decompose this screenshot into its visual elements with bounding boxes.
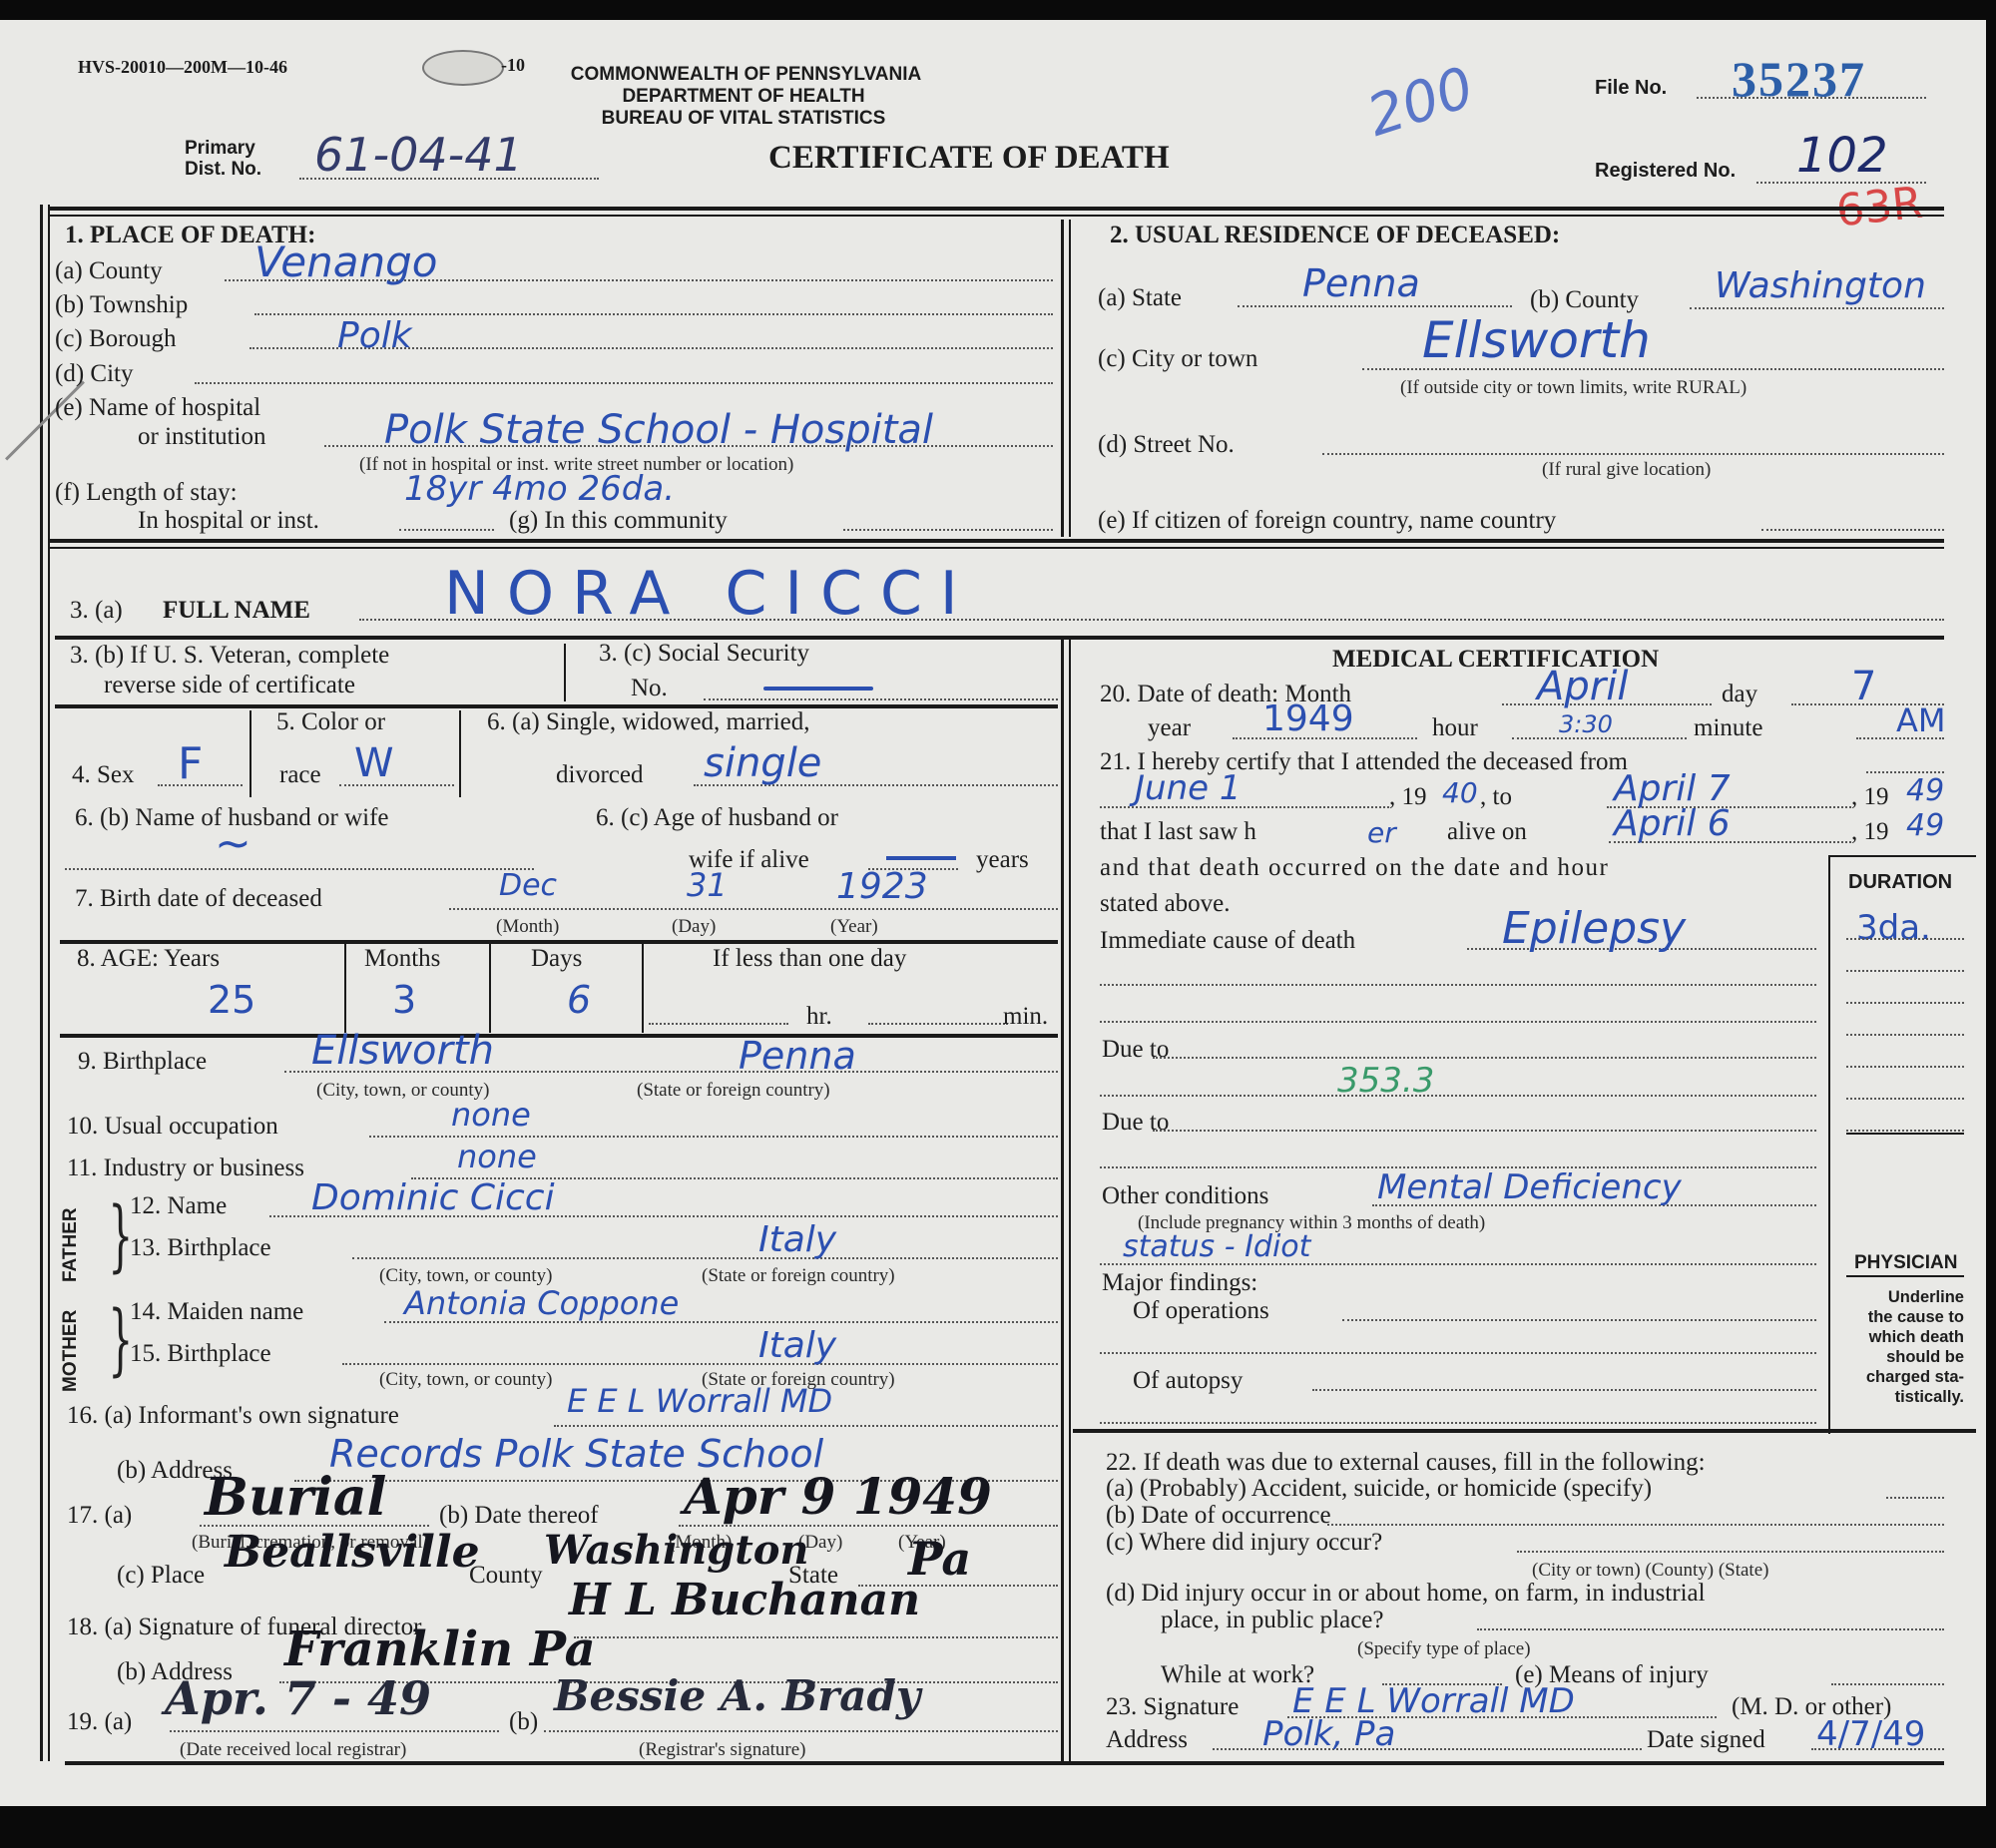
due-to-label-1: Due to [1102, 1036, 1169, 1064]
death-county-field[interactable]: Venango [254, 237, 437, 286]
spouse-age-unit: years [976, 846, 1029, 874]
birth-day-hint: (Day) [672, 916, 716, 938]
hospital-field[interactable]: Polk State School - Hospital [384, 407, 933, 453]
informant-signature-label: 16. (a) Informant's own signature [67, 1402, 399, 1430]
ss-dash-mark [763, 687, 873, 691]
to-year-prefix: , 19 [1851, 783, 1889, 811]
autopsy-label: Of autopsy [1133, 1367, 1243, 1395]
age-months-field[interactable]: 3 [392, 978, 416, 1022]
disposition-type-field[interactable]: Burial [205, 1467, 386, 1528]
file-no-label: File No. [1595, 77, 1667, 100]
dod-hour-field[interactable]: 3:30 [1559, 710, 1613, 738]
agency-line-3: BUREAU OF VITAL STATISTICS [0, 108, 1487, 130]
physician-signature-label: 23. Signature [1106, 1693, 1239, 1721]
dod-year-label: year [1148, 714, 1191, 742]
mother-name-label: 14. Maiden name [130, 1298, 303, 1326]
min-label: min. [1003, 1003, 1048, 1031]
res-state-field[interactable]: Penna [1302, 261, 1420, 305]
last-saw-year-prefix: , 19 [1851, 818, 1889, 846]
sex-label: 4. Sex [72, 761, 135, 789]
color-label: 5. Color or [276, 708, 385, 736]
frame-left-outer [40, 205, 43, 1761]
marital-field[interactable]: single [704, 740, 821, 786]
duration-heading: DURATION [1848, 871, 1952, 894]
res-city-label: (c) City or town [1098, 345, 1257, 373]
agency-line-1: COMMONWEALTH OF PENNSYLVANIA [0, 64, 1487, 86]
other-conditions-label: Other conditions [1102, 1182, 1268, 1210]
city-label: (d) City [55, 360, 133, 388]
burial-county-field[interactable]: Washington [544, 1527, 808, 1574]
last-saw-pronoun[interactable]: er [1367, 816, 1396, 849]
mother-birthplace-label: 15. Birthplace [130, 1340, 271, 1368]
burial-place-label: (c) Place [117, 1562, 205, 1590]
dod-minute-field[interactable]: AM [1896, 701, 1946, 739]
registrar-sig-label: (b) [509, 1708, 538, 1736]
mother-city-hint: (City, town, or county) [379, 1369, 552, 1391]
immediate-cause-label: Immediate cause of death [1100, 927, 1355, 955]
dist-no-label: Dist. No. [185, 159, 261, 180]
burial-county-label: County [469, 1562, 543, 1590]
external-d-hint: (Specify type of place) [1357, 1638, 1531, 1660]
immediate-cause-field[interactable]: Epilepsy [1502, 903, 1686, 954]
funeral-director-address[interactable]: Franklin Pa [284, 1621, 596, 1677]
dod-minute-label: minute [1694, 714, 1762, 742]
community-label: (g) In this community [509, 507, 728, 535]
frame-left-inner [48, 205, 50, 1761]
res-city-field[interactable]: Ellsworth [1422, 311, 1651, 369]
spouse-age-dash [886, 856, 956, 860]
operations-label: Of operations [1133, 1297, 1269, 1325]
stay-field[interactable]: 18yr 4mo 26da. [404, 469, 675, 509]
agency-block: COMMONWEALTH OF PENNSYLVANIA DEPARTMENT … [0, 64, 1487, 130]
registrar-date-label: 19. (a) [67, 1708, 132, 1736]
physician-note-line: the cause to [1846, 1307, 1964, 1327]
disposition-date-field[interactable]: Apr 9 1949 [684, 1467, 992, 1526]
father-birthplace-field[interactable]: Italy [758, 1219, 836, 1260]
borough-label: (c) Borough [55, 325, 177, 353]
spouse-age-label: 6. (c) Age of husband or [596, 804, 838, 832]
registrar-sig-hint: (Registrar's signature) [639, 1739, 806, 1761]
physician-note-line: Underline [1846, 1287, 1964, 1307]
other-conditions-field-2[interactable]: status - Idiot [1123, 1229, 1310, 1264]
occupation-label: 10. Usual occupation [67, 1113, 278, 1141]
funeral-director-signature[interactable]: H L Buchanan [569, 1575, 920, 1625]
primary-label: Primary [185, 138, 261, 159]
dod-day-label: day [1722, 681, 1757, 708]
registrar-date-field[interactable]: Apr. 7 - 49 [165, 1671, 431, 1725]
res-city-hint: (If outside city or town limits, write R… [1400, 377, 1746, 399]
age-years-label: 8. AGE: Years [77, 945, 220, 973]
duration-field[interactable]: 3da. [1856, 908, 1931, 948]
hr-label: hr. [806, 1003, 832, 1031]
res-street-hint: (If rural give location) [1542, 459, 1711, 481]
res-state-label: (a) State [1098, 284, 1182, 312]
primary-dist-label: Primary Dist. No. [185, 138, 261, 180]
registered-no[interactable]: 102 [1796, 128, 1888, 184]
veteran-label: 3. (b) If U. S. Veteran, complete [70, 642, 389, 670]
dod-month-field[interactable]: April [1537, 664, 1628, 709]
birth-year-field[interactable]: 1923 [836, 866, 928, 907]
hospital-label: (e) Name of hospital [55, 394, 260, 422]
external-heading: 22. If death was due to external causes,… [1106, 1449, 1706, 1477]
alive-on-label: alive on [1447, 818, 1527, 846]
full-name-number: 3. (a) [70, 597, 123, 625]
from-year-field[interactable]: 40 [1442, 776, 1478, 809]
father-state-hint: (State or foreign country) [702, 1265, 895, 1287]
file-no-stamp[interactable]: 35237 [1732, 50, 1866, 108]
physician-note-line: charged sta- [1846, 1367, 1964, 1387]
veteran-label-2: reverse side of certificate [104, 672, 355, 699]
mother-name-field[interactable]: Antonia Coppone [404, 1284, 679, 1322]
date-signed-label: Date signed [1647, 1726, 1765, 1754]
attended-from-field[interactable]: June 1 [1135, 768, 1241, 808]
birth-date-label: 7. Birth date of deceased [75, 885, 322, 913]
external-d-label-2: place, in public place? [1161, 1607, 1384, 1634]
birthplace-label: 9. Birthplace [78, 1048, 207, 1076]
institution-label: or institution [138, 423, 265, 451]
birthplace-state-field[interactable]: Penna [739, 1034, 856, 1078]
physician-note-line: which death [1846, 1327, 1964, 1347]
age-lt-day-label: If less than one day [713, 945, 906, 973]
certificate-title: CERTIFICATE OF DEATH [768, 140, 1170, 177]
external-b-label: (b) Date of occurrence [1106, 1502, 1331, 1530]
dod-hour-label: hour [1432, 714, 1478, 742]
occupation-field[interactable]: none [451, 1096, 531, 1134]
township-label: (b) Township [55, 291, 188, 319]
external-a-label: (a) (Probably) Accident, suicide, or hom… [1106, 1475, 1652, 1503]
father-name-field[interactable]: Dominic Cicci [311, 1177, 555, 1218]
physician-address-label: Address [1106, 1726, 1188, 1754]
marital-label: 6. (a) Single, widowed, married, [487, 708, 810, 736]
birth-month-hint: (Month) [496, 916, 559, 938]
while-at-work-label: While at work? [1161, 1661, 1314, 1689]
occurred-text-2: stated above. [1100, 890, 1231, 918]
disposition-date-label: (b) Date thereof [439, 1502, 599, 1530]
external-c-hint: (City or town) (County) (State) [1532, 1560, 1768, 1582]
agency-line-2: DEPARTMENT OF HEALTH [0, 86, 1487, 108]
birthplace-city-field[interactable]: Ellsworth [311, 1028, 494, 1074]
birth-day-field[interactable]: 31 [687, 866, 728, 904]
ss-no-label: No. [631, 675, 668, 702]
registrar-date-hint: (Date received local registrar) [180, 1739, 406, 1761]
physician-address-field[interactable]: Polk, Pa [1262, 1714, 1395, 1754]
industry-label: 11. Industry or business [67, 1155, 304, 1182]
registrar-signature[interactable]: Bessie A. Brady [554, 1671, 920, 1720]
industry-field[interactable]: none [457, 1138, 537, 1175]
to-label: , to [1480, 783, 1512, 811]
burial-place-field[interactable]: Beallsville [225, 1527, 480, 1578]
primary-dist-no[interactable]: 61-04-41 [314, 128, 523, 182]
residence-heading: 2. USUAL RESIDENCE OF DECEASED: [1110, 222, 1560, 249]
birth-year-hint: (Year) [830, 916, 878, 938]
physician-note: Underline the cause to which death shoul… [1846, 1287, 1964, 1407]
sex-field[interactable]: F [178, 738, 203, 789]
res-street-label: (d) Street No. [1098, 431, 1235, 459]
age-months-label: Months [364, 945, 440, 973]
stay-label: (f) Length of stay: [55, 479, 238, 507]
father-birthplace-label: 13. Birthplace [130, 1234, 271, 1262]
dod-day-field[interactable]: 7 [1851, 664, 1876, 709]
last-saw-date-field[interactable]: April 6 [1614, 803, 1731, 844]
major-findings-label: Major findings: [1102, 1269, 1257, 1297]
from-year-prefix: , 19 [1389, 783, 1427, 811]
res-county-field[interactable]: Washington [1715, 265, 1926, 306]
informant-signature-field[interactable]: E E L Worrall MD [567, 1382, 832, 1420]
mother-birthplace-field[interactable]: Italy [758, 1325, 836, 1366]
divorced-label: divorced [556, 761, 643, 789]
mother-side-label: MOTHER [60, 1310, 82, 1392]
spouse-field[interactable]: ~ [215, 818, 251, 869]
physician-heading: PHYSICIAN [1854, 1252, 1957, 1274]
dod-year-field[interactable]: 1949 [1262, 698, 1354, 739]
other-conditions-field[interactable]: Mental Deficiency [1377, 1167, 1682, 1207]
county-label: (a) County [55, 257, 163, 285]
last-saw-year-field[interactable]: 49 [1906, 808, 1944, 843]
age-days-field[interactable]: 6 [567, 978, 591, 1022]
race-label: race [279, 761, 321, 789]
res-foreign-label: (e) If citizen of foreign country, name … [1098, 507, 1556, 535]
birth-month-field[interactable]: Dec [499, 868, 557, 903]
date-signed-field[interactable]: 4/7/49 [1816, 1714, 1925, 1754]
full-name-field[interactable]: NORA CICCI [444, 559, 976, 629]
res-county-label: (b) County [1530, 286, 1639, 314]
registered-no-label: Registered No. [1595, 160, 1736, 183]
external-d-label: (d) Did injury occur in or about home, o… [1106, 1580, 1706, 1608]
full-name-label: FULL NAME [163, 597, 310, 625]
father-name-label: 12. Name [130, 1192, 227, 1220]
disposition-type-label: 17. (a) [67, 1502, 132, 1530]
physician-note-line: should be [1846, 1347, 1964, 1367]
ss-label: 3. (c) Social Security [599, 640, 809, 668]
due-to-label-2: Due to [1102, 1109, 1169, 1137]
last-saw-label: that I last saw h [1100, 818, 1256, 846]
to-year-field[interactable]: 49 [1906, 773, 1944, 808]
occurred-text-1: and that death occurred on the date and … [1100, 854, 1609, 882]
race-field[interactable]: W [354, 740, 394, 786]
father-side-label: FATHER [60, 1207, 82, 1282]
external-c-label: (c) Where did injury occur? [1106, 1529, 1382, 1557]
age-days-label: Days [531, 945, 582, 973]
physician-note-line: tistically. [1846, 1387, 1964, 1407]
stay-in-hospital-label: In hospital or inst. [138, 507, 319, 535]
birthplace-state-hint: (State or foreign country) [637, 1080, 830, 1102]
age-years-field[interactable]: 25 [208, 978, 255, 1022]
death-borough-field[interactable]: Polk [337, 315, 412, 356]
